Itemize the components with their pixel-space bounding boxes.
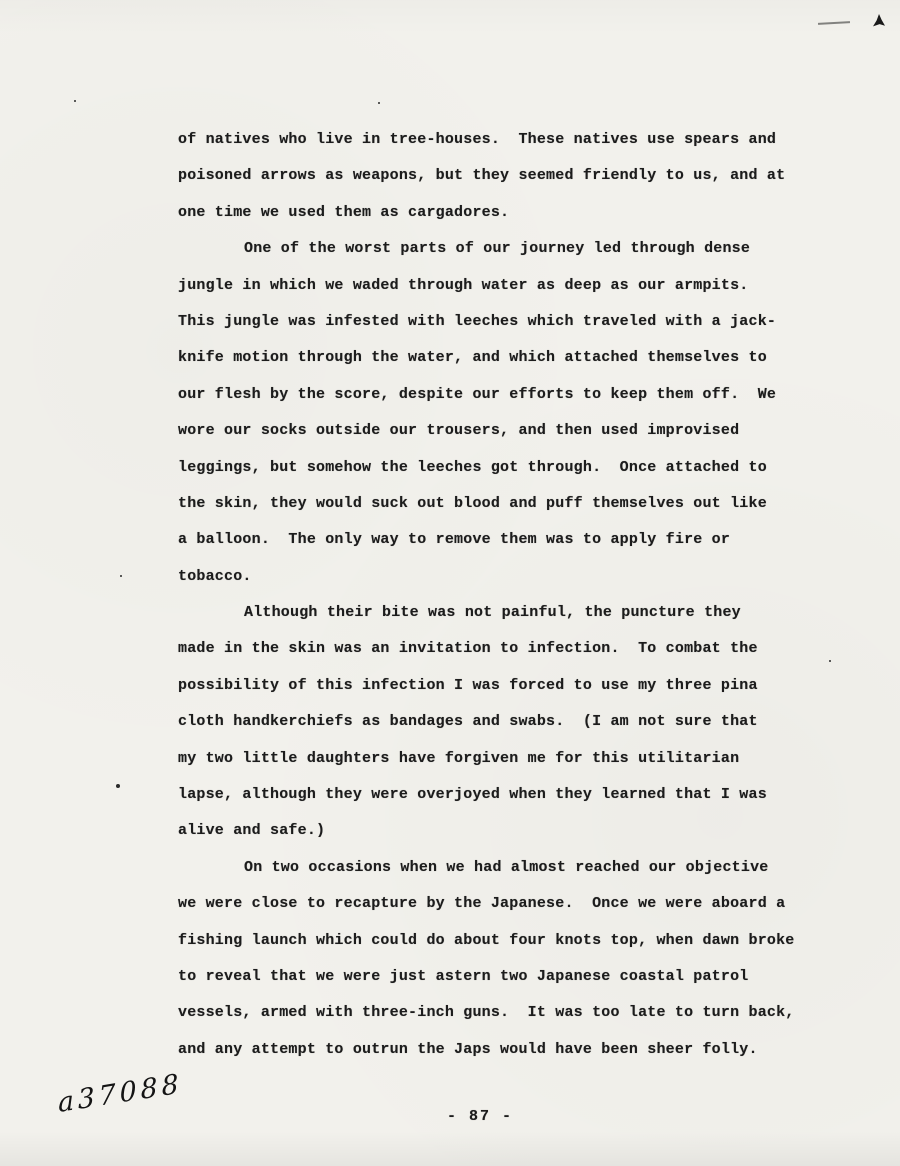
text-line: This jungle was infested with leeches wh… xyxy=(178,304,828,340)
ink-blot-mark xyxy=(873,14,885,27)
text-line: to reveal that we were just astern two J… xyxy=(178,959,828,995)
text-line: a balloon. The only way to remove them w… xyxy=(178,522,828,558)
text-line: one time we used them as cargadores. xyxy=(178,195,828,231)
text-line: of natives who live in tree-houses. Thes… xyxy=(178,122,828,158)
text-line: we were close to recapture by the Japane… xyxy=(178,886,828,922)
ink-speckle xyxy=(74,100,76,102)
text-line: On two occasions when we had almost reac… xyxy=(178,850,828,886)
text-line: vessels, armed with three-inch guns. It … xyxy=(178,995,828,1031)
typewritten-text-block: of natives who live in tree-houses. Thes… xyxy=(178,122,828,1068)
ink-smudge-mark xyxy=(818,21,850,25)
page-number: - 87 - xyxy=(0,1108,900,1125)
document-page: of natives who live in tree-houses. Thes… xyxy=(0,0,900,1166)
text-line: made in the skin was an invitation to in… xyxy=(178,631,828,667)
text-line: jungle in which we waded through water a… xyxy=(178,268,828,304)
text-line: tobacco. xyxy=(178,559,828,595)
text-line: possibility of this infection I was forc… xyxy=(178,668,828,704)
text-line: poisoned arrows as weapons, but they see… xyxy=(178,158,828,194)
text-line: wore our socks outside our trousers, and… xyxy=(178,413,828,449)
text-line: cloth handkerchiefs as bandages and swab… xyxy=(178,704,828,740)
ink-speckle xyxy=(120,575,122,577)
ink-speckle xyxy=(829,660,831,662)
ink-speckle xyxy=(378,102,380,104)
text-line: leggings, but somehow the leeches got th… xyxy=(178,450,828,486)
ink-speckle xyxy=(116,784,120,788)
text-line: my two little daughters have forgiven me… xyxy=(178,741,828,777)
text-line: fishing launch which could do about four… xyxy=(178,923,828,959)
text-line: alive and safe.) xyxy=(178,813,828,849)
text-line: our flesh by the score, despite our effo… xyxy=(178,377,828,413)
text-line: knife motion through the water, and whic… xyxy=(178,340,828,376)
text-line: One of the worst parts of our journey le… xyxy=(178,231,828,267)
text-line: and any attempt to outrun the Japs would… xyxy=(178,1032,828,1068)
text-line: lapse, although they were overjoyed when… xyxy=(178,777,828,813)
text-line: Although their bite was not painful, the… xyxy=(178,595,828,631)
text-line: the skin, they would suck out blood and … xyxy=(178,486,828,522)
